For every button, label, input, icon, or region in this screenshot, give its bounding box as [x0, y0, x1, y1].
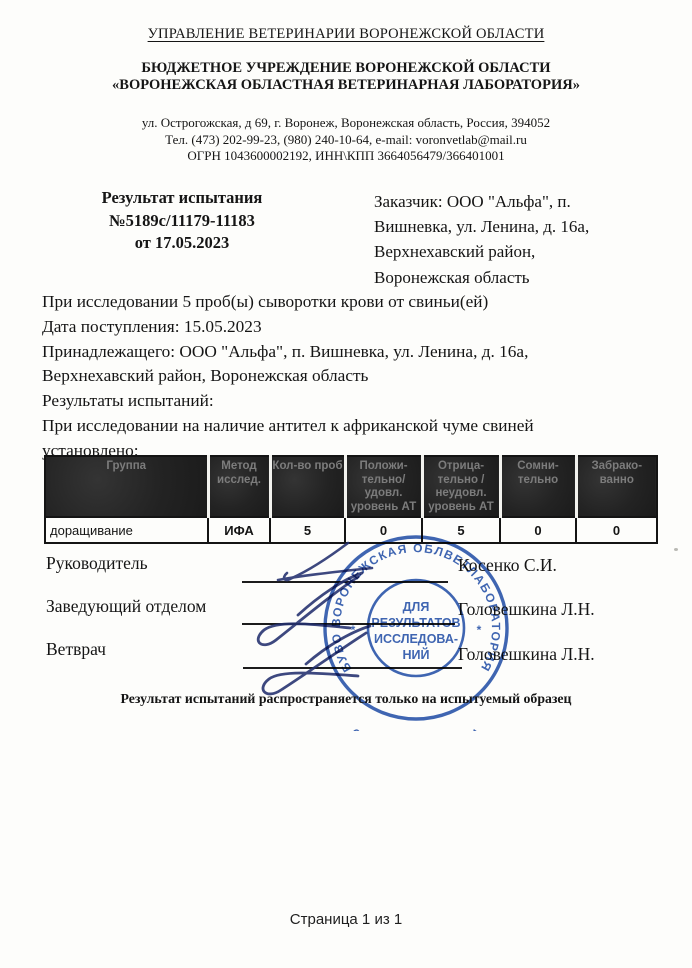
signature-label-director: Руководитель [46, 553, 148, 574]
body-line: Верхнехавский район, Воронежская область [42, 364, 672, 389]
address-line-1: ул. Острогожская, д 69, г. Воронеж, Воро… [0, 115, 692, 132]
customer-line: Заказчик: ООО "Альфа", п. [374, 189, 654, 214]
organization-line-1: БЮДЖЕТНОЕ УЧРЕЖДЕНИЕ ВОРОНЕЖСКОЙ ОБЛАСТИ [0, 60, 692, 77]
customer-block: Заказчик: ООО "Альфа", п. Вишневка, ул. … [374, 189, 654, 290]
table-header-row: Группа Метод исслед. Кол-во проб Положи-… [45, 456, 657, 517]
stamp-center-line: НИЙ [403, 647, 430, 662]
organization-line-2: «ВОРОНЕЖСКАЯ ОБЛАСТНАЯ ВЕТЕРИНАРНАЯ ЛАБО… [0, 77, 692, 94]
body-line: При исследовании 5 проб(ы) сыворотки кро… [42, 290, 672, 315]
department-title: УПРАВЛЕНИЕ ВЕТЕРИНАРИИ ВОРОНЕЖСКОЙ ОБЛАС… [0, 26, 692, 43]
col-header-rejected: Забрако- ванно [576, 456, 657, 517]
body-line: Результаты испытаний: [42, 389, 672, 414]
address-line-3: ОГРН 1043600002192, ИНН\КПП 3664056479/3… [0, 148, 692, 165]
col-header-group: Группа [45, 456, 208, 517]
organization-name: БЮДЖЕТНОЕ УЧРЕЖДЕНИЕ ВОРОНЕЖСКОЙ ОБЛАСТИ… [0, 60, 692, 94]
stamp-arc-bottom-text: ОГРН 1043600002192 ИНН [349, 727, 484, 731]
col-header-sample-count: Кол-во проб [270, 456, 345, 517]
stamp-center-line: ДЛЯ [403, 600, 430, 614]
result-date: от 17.05.2023 [72, 232, 292, 255]
result-title: Результат испытания [72, 187, 292, 210]
svg-text:ОГРН 1043600002192 ИНН: ОГРН 1043600002192 ИНН [349, 727, 484, 731]
stamp-star-left: * [351, 623, 356, 637]
col-header-doubtful: Сомни- тельно [500, 456, 576, 517]
body-line: Принадлежащего: ООО "Альфа", п. Вишневка… [42, 340, 672, 365]
stamp-center-line: ИССЛЕДОВА- [374, 632, 458, 646]
stamp-center-line: РЕЗУЛЬТАТОВ [371, 616, 460, 630]
customer-line: Верхнехавский район, [374, 239, 654, 264]
cell-rejected: 0 [576, 517, 657, 543]
col-header-negative: Отрица- тельно / неудовл. уровень АТ [422, 456, 500, 517]
customer-line: Вишневка, ул. Ленина, д. 16а, [374, 214, 654, 239]
col-header-positive: Положи- тельно/ удовл. уровень АТ [345, 456, 422, 517]
document-page: УПРАВЛЕНИЕ ВЕТЕРИНАРИИ ВОРОНЕЖСКОЙ ОБЛАС… [0, 0, 692, 968]
page-number: Страница 1 из 1 [0, 911, 692, 928]
stamp-star-right: * [477, 623, 482, 637]
result-title-block: Результат испытания №5189с/11179-11183 о… [72, 187, 292, 255]
result-number: №5189с/11179-11183 [72, 210, 292, 233]
scan-artifact-dot [674, 548, 678, 551]
disclaimer-note: Результат испытаний распространяется тол… [0, 691, 692, 707]
col-header-method: Метод исслед. [208, 456, 270, 517]
organization-address: ул. Острогожская, д 69, г. Воронеж, Воро… [0, 115, 692, 165]
customer-line: Воронежская область [374, 265, 654, 290]
body-text: При исследовании 5 проб(ы) сыворотки кро… [42, 290, 672, 464]
body-line: При исследовании на наличие антител к аф… [42, 414, 672, 439]
signature-label-veterinarian: Ветврач [46, 639, 106, 660]
address-line-2: Тел. (473) 202-99-23, (980) 240-10-64, e… [0, 132, 692, 149]
body-line: Дата поступления: 15.05.2023 [42, 315, 672, 340]
